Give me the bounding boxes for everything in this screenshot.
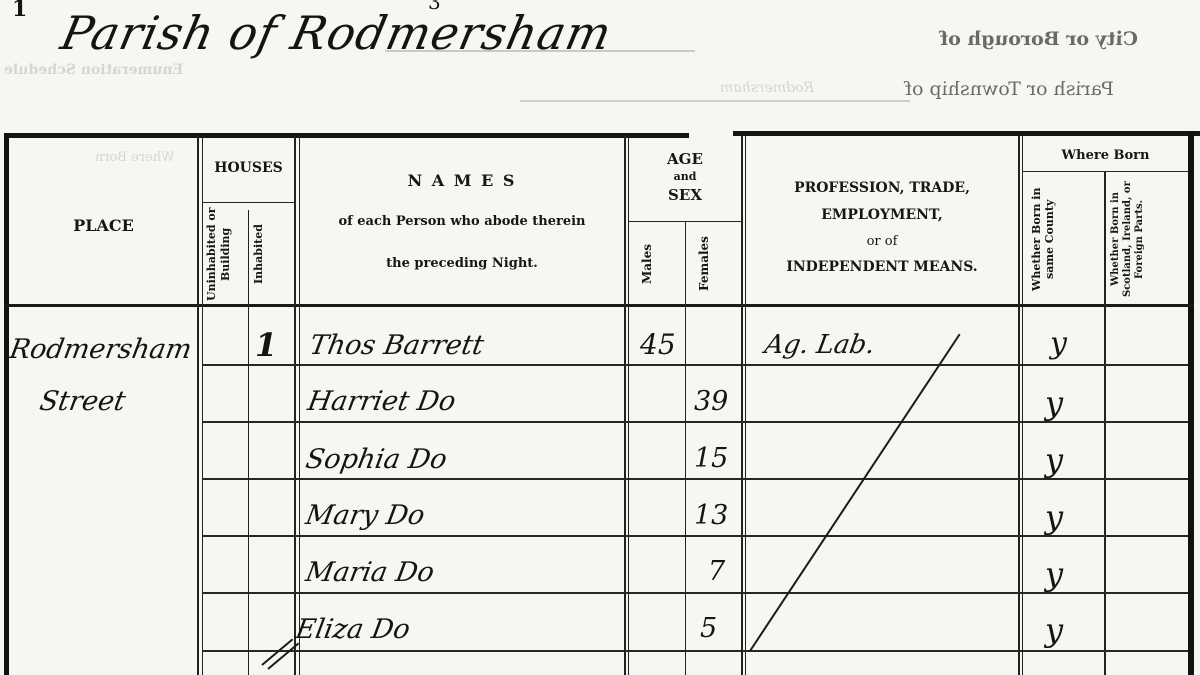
born-same-county: y (1050, 326, 1067, 361)
col-divider-age-end (741, 136, 743, 675)
header-names-sub1: of each Person who abode therein (300, 214, 624, 229)
header-age-line2: and (629, 170, 741, 183)
printed-left-ghost: Enumeration Schedule (4, 62, 183, 78)
col-divider-born (1104, 172, 1106, 675)
row-rule-6 (203, 650, 1188, 652)
table-right-border (1188, 131, 1194, 675)
header-ghost-where-born: Where Born (95, 150, 174, 165)
parish-township-label: Parish or Township of (905, 78, 1114, 100)
where-born-sub-rule (1023, 171, 1188, 172)
heading-rule-2 (520, 100, 910, 102)
header-males: Males (640, 226, 676, 302)
born-same-county: y (1045, 384, 1063, 422)
header-bottom-border (4, 304, 1194, 307)
born-same-county: y (1045, 441, 1063, 479)
header-profession-line2: EMPLOYMENT, (746, 207, 1018, 223)
person-name: Harriet Do (305, 386, 458, 417)
born-same-county: y (1045, 555, 1063, 593)
col-divider-males (685, 222, 686, 675)
header-place: PLACE (10, 216, 197, 235)
col-divider-profession-end (1018, 136, 1020, 675)
heading-rule-1 (385, 50, 695, 52)
col-divider-houses-mid (248, 210, 249, 675)
col-divider-names-end (624, 136, 626, 675)
col-divider-place-2 (202, 136, 203, 675)
female-age: 13 (694, 500, 728, 531)
female-age: 15 (694, 443, 728, 474)
row-rule-4 (203, 535, 1188, 537)
header-houses-uninhabited: Uninhabited or Building (205, 206, 245, 302)
col-divider-profession-end-2 (1022, 136, 1023, 675)
col-divider-names-end-2 (628, 136, 629, 675)
person-name: Sophia Do (303, 444, 449, 475)
born-same-county: y (1045, 498, 1063, 536)
header-females: Females (697, 226, 733, 302)
header-profession-line1: PROFESSION, TRADE, (746, 180, 1018, 196)
corner-mark: 1 (12, 0, 27, 22)
person-name: Mary Do (303, 500, 427, 531)
header-houses-inhabited: Inhabited (252, 206, 290, 302)
col-divider-houses-end (294, 136, 296, 675)
header-houses: HOUSES (203, 160, 294, 176)
header-where-born: Where Born (1023, 148, 1188, 163)
female-age: 5 (700, 613, 717, 644)
person-name: Eliza Do (293, 614, 412, 645)
houses-sub-rule (203, 202, 294, 203)
place-line1: Rodmersham (7, 334, 194, 365)
header-names-sub2: the preceding Night. (300, 256, 624, 271)
row-rule-3 (203, 478, 1188, 480)
female-age: 39 (694, 386, 728, 417)
col-divider-place (197, 136, 199, 675)
profession: Ag. Lab. (762, 330, 877, 360)
header-born-same-county: Whether Born in same County (1030, 176, 1100, 302)
inhabited-count: 1 (255, 326, 277, 364)
header-age-line1: AGE (629, 150, 741, 168)
born-same-county: y (1045, 611, 1063, 649)
age-sub-rule (629, 221, 741, 222)
header-born-scotland-ireland: Whether Born in Scotland, Ireland, or Fo… (1110, 176, 1184, 302)
person-name: Maria Do (303, 557, 436, 588)
row-rule-5 (203, 592, 1188, 594)
row-rule-1 (203, 364, 1188, 366)
header-profession-line4: INDEPENDENT MEANS. (746, 259, 1018, 275)
male-age: 45 (640, 328, 676, 361)
table-left-border (4, 133, 9, 675)
person-name: Thos Barrett (307, 330, 486, 361)
header-names-title: N A M E S (300, 171, 624, 190)
header-profession-line3: or of (746, 234, 1018, 249)
city-borough-label: City or Borough of (940, 28, 1138, 50)
header-age-line3: SEX (629, 186, 741, 204)
row-rule-2 (203, 421, 1188, 423)
parish-township-ghost-value: Rodmersham (720, 80, 814, 96)
place-line2: Street (37, 386, 128, 417)
table-top-border-right (733, 131, 1200, 136)
profession-cancel-stroke (749, 334, 960, 652)
table-top-border-left (4, 133, 689, 138)
female-age: 7 (708, 556, 725, 587)
